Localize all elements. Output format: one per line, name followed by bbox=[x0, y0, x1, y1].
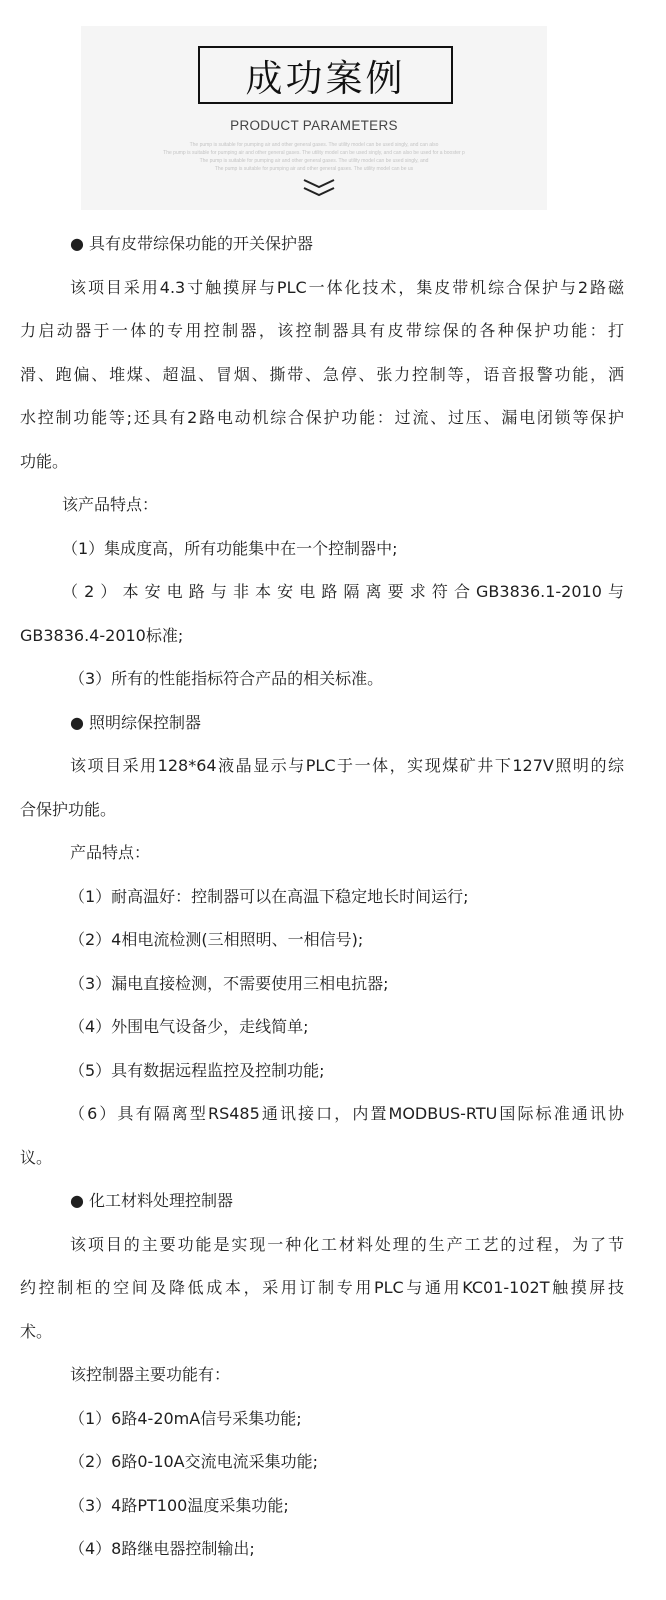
paragraph-line: 合保护功能。 bbox=[20, 788, 624, 832]
paragraph-line: （3）所有的性能指标符合产品的相关标准。 bbox=[20, 657, 624, 701]
paragraph-line: 滑、跑偏、堆煤、超温、冒烟、撕带、急停、张力控制等，语音报警功能，洒 bbox=[20, 353, 624, 397]
double-chevron-down-icon bbox=[302, 177, 336, 199]
description-line: The pump is suitable for pumping air and… bbox=[81, 157, 547, 165]
description: The pump is suitable for pumping air and… bbox=[81, 141, 547, 173]
paragraph-line: 约控制柜的空间及降低成本，采用订制专用PLC与通用KC01-102T触摸屏技 bbox=[20, 1266, 624, 1310]
subtitle: PRODUCT PARAMETERS bbox=[81, 118, 547, 133]
paragraph-line: （4）外围电气设备少，走线简单; bbox=[20, 1005, 624, 1049]
paragraph-line: （5）具有数据远程监控及控制功能; bbox=[20, 1049, 624, 1093]
paragraph-line: （1）耐高温好：控制器可以在高温下稳定地长时间运行; bbox=[20, 875, 624, 919]
paragraph-line: 该项目的主要功能是实现一种化工材料处理的生产工艺的过程，为了节 bbox=[20, 1223, 624, 1267]
paragraph-line: 该控制器主要功能有： bbox=[20, 1353, 624, 1397]
paragraph-line: （6）具有隔离型RS485通讯接口，内置MODBUS-RTU国际标准通讯协 bbox=[20, 1092, 624, 1136]
page-title: 成功案例 bbox=[246, 48, 406, 102]
paragraph-line: （1）6路4-20mA信号采集功能; bbox=[20, 1397, 624, 1441]
paragraph-line: （2）6路0-10A交流电流采集功能; bbox=[20, 1440, 624, 1484]
paragraph-line: （3）4路PT100温度采集功能; bbox=[20, 1484, 624, 1528]
article-body: ● 具有皮带综保功能的开关保护器该项目采用4.3寸触摸屏与PLC一体化技术，集皮… bbox=[20, 222, 624, 1571]
paragraph-line: 功能。 bbox=[20, 440, 624, 484]
paragraph-line: ● 化工材料处理控制器 bbox=[20, 1179, 624, 1223]
paragraph-line: 该项目采用128*64液晶显示与PLC于一体，实现煤矿井下127V照明的综 bbox=[20, 744, 624, 788]
title-box: 成功案例 bbox=[198, 46, 453, 104]
paragraph-line: ● 照明综保控制器 bbox=[20, 701, 624, 745]
paragraph-line: 产品特点： bbox=[20, 831, 624, 875]
paragraph-line: 水控制功能等;还具有2路电动机综合保护功能：过流、过压、漏电闭锁等保护 bbox=[20, 396, 624, 440]
paragraph-line: 该项目采用4.3寸触摸屏与PLC一体化技术，集皮带机综合保护与2路磁 bbox=[20, 266, 624, 310]
paragraph-line: GB3836.4-2010标准; bbox=[20, 614, 624, 658]
paragraph-line: ● 具有皮带综保功能的开关保护器 bbox=[20, 222, 624, 266]
paragraph-line: 议。 bbox=[20, 1136, 624, 1180]
paragraph-line: 力启动器于一体的专用控制器，该控制器具有皮带综保的各种保护功能：打 bbox=[20, 309, 624, 353]
paragraph-line: 术。 bbox=[20, 1310, 624, 1354]
description-line: The pump is suitable for pumping air and… bbox=[81, 165, 547, 173]
description-line: The pump is suitable for pumping air and… bbox=[81, 141, 547, 149]
paragraph-line: （1）集成度高，所有功能集中在一个控制器中; bbox=[20, 527, 624, 571]
description-line: The pump is suitable for pumping air and… bbox=[81, 149, 547, 157]
paragraph-line: （2）本安电路与非本安电路隔离要求符合GB3836.1-2010与 bbox=[20, 570, 624, 614]
paragraph-line: （2）4相电流检测(三相照明、一相信号); bbox=[20, 918, 624, 962]
banner: 成功案例 PRODUCT PARAMETERS The pump is suit… bbox=[81, 26, 547, 210]
paragraph-line: （4）8路继电器控制输出; bbox=[20, 1527, 624, 1571]
paragraph-line: （3）漏电直接检测，不需要使用三相电抗器; bbox=[20, 962, 624, 1006]
paragraph-line: 该产品特点： bbox=[20, 483, 624, 527]
